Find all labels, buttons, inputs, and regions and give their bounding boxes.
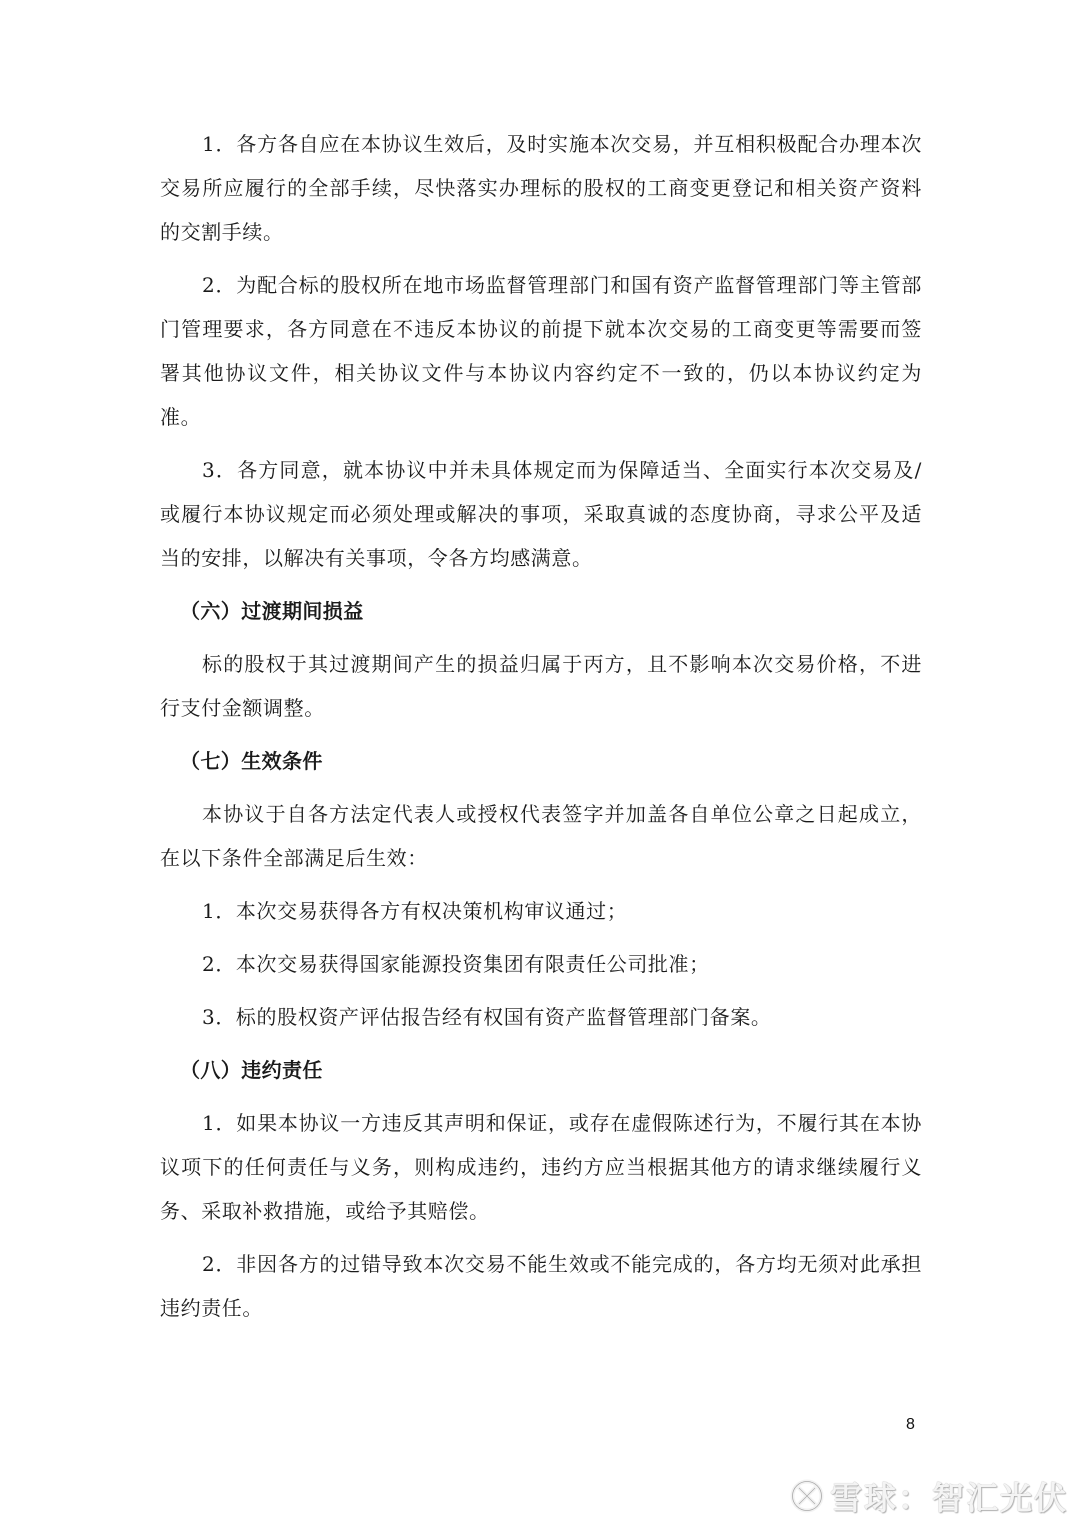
paragraph-transition-period: 标的股权于其过渡期间产生的损益归属于丙方，且不影响本次交易价格，不进行支付金额调… — [160, 642, 922, 730]
paragraph-liability-2: 2．非因各方的过错导致本次交易不能生效或不能完成的，各方均无须对此承担违约责任。 — [160, 1242, 922, 1330]
paragraph-liability-1: 1．如果本协议一方违反其声明和保证，或存在虚假陈述行为，不履行其在本协议项下的任… — [160, 1101, 922, 1233]
document-page: 1．各方各自应在本协议生效后，及时实施本次交易，并互相积极配合办理本次交易所应履… — [0, 0, 1080, 1527]
paragraph-clause-1: 1．各方各自应在本协议生效后，及时实施本次交易，并互相积极配合办理本次交易所应履… — [160, 122, 922, 254]
list-item-condition-2: 2．本次交易获得国家能源投资集团有限责任公司批准； — [160, 942, 922, 986]
xueqiu-logo-icon — [790, 1479, 824, 1513]
list-item-condition-1: 1．本次交易获得各方有权决策机构审议通过； — [160, 889, 922, 933]
document-body: 1．各方各自应在本协议生效后，及时实施本次交易，并互相积极配合办理本次交易所应履… — [160, 122, 922, 1339]
paragraph-clause-2: 2．为配合标的股权所在地市场监督管理部门和国有资产监督管理部门等主管部门管理要求… — [160, 263, 922, 439]
section-heading-transition-period: （六）过渡期间损益 — [160, 589, 922, 633]
page-number: 8 — [906, 1416, 915, 1434]
watermark-text: 雪球：智汇光伏 — [830, 1473, 1068, 1519]
paragraph-clause-3: 3．各方同意，就本协议中并未具体规定而为保障适当、全面实行本次交易及/或履行本协… — [160, 448, 922, 580]
section-heading-liability: （八）违约责任 — [160, 1048, 922, 1092]
section-heading-effective-conditions: （七）生效条件 — [160, 739, 922, 783]
watermark: 雪球：智汇光伏 — [790, 1474, 1068, 1518]
paragraph-effective-conditions: 本协议于自各方法定代表人或授权代表签字并加盖各自单位公章之日起成立，在以下条件全… — [160, 792, 922, 880]
list-item-condition-3: 3．标的股权资产评估报告经有权国有资产监督管理部门备案。 — [160, 995, 922, 1039]
